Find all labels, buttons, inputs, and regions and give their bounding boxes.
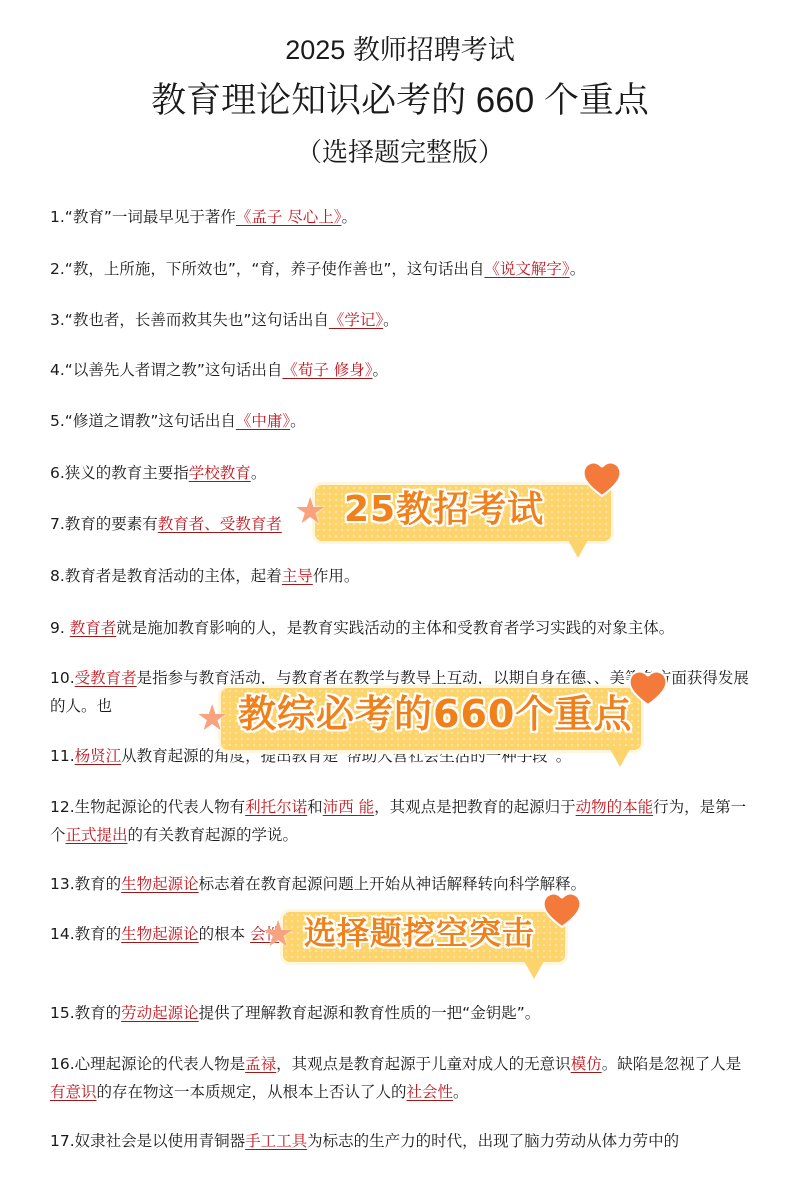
star-icon: ★ xyxy=(294,494,326,530)
answer-highlight: 沛西 能 xyxy=(323,798,374,816)
item-text: 2.“教，上所施，下所效也”，“育，养子使作善也”，这句话出自 xyxy=(50,260,484,278)
answer-highlight: 社会性 xyxy=(407,1083,454,1101)
item-text: 。缺陷是忽视了人是 xyxy=(602,1055,742,1073)
answer-highlight: 《学记》 xyxy=(329,311,383,329)
item-text: 3.“教也者，长善而救其失也”这句话出自 xyxy=(50,311,329,329)
sticker-label: 选择题挖空突击 xyxy=(304,913,535,953)
list-item: 13.教育的生物起源论标志着在教育起源问题上开始从神话解释转向科学解释。 xyxy=(50,870,750,898)
answer-highlight: 生物起源论 xyxy=(121,925,199,943)
item-text: 标志着在教育起源问题上开始从神话解释转向科学解释。 xyxy=(199,875,587,893)
star-icon: ★ xyxy=(262,917,294,953)
list-item: 9. 教育者就是施加教育影响的人，是教育实践活动的主体和受教育者学习实践的对象主… xyxy=(50,614,750,642)
item-text: 14.教育的 xyxy=(50,925,121,943)
item-text: 。 xyxy=(383,311,399,329)
item-text: 4.“以善先人者谓之教”这句话出自 xyxy=(50,361,282,379)
answer-highlight: 教育者、受教育者 xyxy=(158,515,282,533)
item-text: 的有关教育起源的学说。 xyxy=(128,826,299,844)
list-item: 17.奴隶社会是以使用青铜器手工工具为标志的生产力的时代，出现了脑力劳动从体力劳… xyxy=(50,1127,750,1155)
answer-highlight: 生物起源论 xyxy=(121,875,199,893)
item-text: 10. xyxy=(50,669,75,687)
item-text: 7.教育的要素有 xyxy=(50,515,158,533)
item-text: 。 xyxy=(290,412,306,430)
promo-sticker-fill-blank: ★ 选择题挖空突击 xyxy=(262,895,592,985)
answer-highlight: 正式提出 xyxy=(66,826,128,844)
item-text: 9. xyxy=(50,619,70,637)
list-item: 12.生物起源论的代表人物有利托尔诺和沛西 能，其观点是把教育的起源归于动物的本… xyxy=(50,793,750,849)
item-text: 。 xyxy=(251,464,267,482)
item-text: ，其观点是教育起源于儿童对成人的无意识 xyxy=(276,1055,571,1073)
sticker-tail xyxy=(568,540,588,558)
item-text: 。 xyxy=(453,1083,469,1101)
promo-sticker-exam: ★ 25教招考试 xyxy=(298,460,638,560)
exam-title: 2025 教师招聘考试 xyxy=(0,34,800,66)
answer-highlight: 动物的本能 xyxy=(576,798,654,816)
heart-icon xyxy=(628,669,668,707)
list-item: 16.心理起源论的代表人物是孟禄，其观点是教育起源于儿童对成人的无意识模仿。缺陷… xyxy=(50,1050,750,1106)
answer-highlight: 《荀子 修身》 xyxy=(282,361,372,379)
answer-highlight: 《说文解字》 xyxy=(484,260,569,278)
item-text: 8.教育者是教育活动的主体，起着 xyxy=(50,567,282,585)
heart-icon xyxy=(542,891,582,929)
answer-highlight: 《中庸》 xyxy=(236,412,290,430)
answer-highlight: 《孟子 尽心上》 xyxy=(236,208,342,226)
item-text: 的存在物这一本质规定，从根本上否认了人的 xyxy=(97,1083,407,1101)
star-icon: ★ xyxy=(196,701,228,737)
answer-highlight: 受教育者 xyxy=(75,669,137,687)
item-text: 16.心理起源论的代表人物是 xyxy=(50,1055,245,1073)
item-text: 6.狭义的教育主要指 xyxy=(50,464,189,482)
list-item: 1.“教育”一词最早见于著作《孟子 尽心上》。 xyxy=(50,203,750,231)
sticker-tail xyxy=(610,749,630,767)
sticker-tail xyxy=(524,961,544,979)
list-item: 2.“教，上所施，下所效也”，“育，养子使作善也”，这句话出自《说文解字》。 xyxy=(50,255,750,283)
answer-highlight: 利托尔诺 xyxy=(245,798,307,816)
item-text: 12.生物起源论的代表人物有 xyxy=(50,798,245,816)
answer-highlight: 学校教育 xyxy=(189,464,251,482)
item-text: 。 xyxy=(373,361,389,379)
sticker-label: 教综必考的660个重点 xyxy=(238,691,632,737)
item-text: 为标志的生产力的时代，出现了脑力劳动从体力劳中的 xyxy=(307,1132,679,1150)
item-text: ，其观点是把教育的起源归于 xyxy=(374,798,576,816)
answer-highlight: 有意识 xyxy=(50,1083,97,1101)
item-text: 。 xyxy=(570,260,586,278)
answer-highlight: 杨贤江 xyxy=(75,747,122,765)
item-text: 13.教育的 xyxy=(50,875,121,893)
list-item: 8.教育者是教育活动的主体，起着主导作用。 xyxy=(50,562,750,590)
item-text: 和 xyxy=(307,798,323,816)
document-subtitle: （选择题完整版） xyxy=(0,136,800,168)
document-title: 教育理论知识必考的 660 个重点 xyxy=(0,80,800,122)
item-text: 1.“教育”一词最早见于著作 xyxy=(50,208,236,226)
list-item: 3.“教也者，长善而救其失也”这句话出自《学记》。 xyxy=(50,306,750,334)
list-item: 15.教育的劳动起源论提供了理解教育起源和教育性质的一把“金钥匙”。 xyxy=(50,999,750,1027)
answer-highlight: 主导 xyxy=(282,567,313,585)
heart-icon xyxy=(582,460,622,498)
list-item: 5.“修道之谓教”这句话出自《中庸》。 xyxy=(50,407,750,435)
answer-highlight: 模仿 xyxy=(571,1055,602,1073)
answer-highlight: 教育者 xyxy=(70,619,117,637)
answer-highlight: 孟禄 xyxy=(245,1055,276,1073)
answer-highlight: 劳动起源论 xyxy=(121,1004,199,1022)
item-text: 11. xyxy=(50,747,75,765)
item-text: 作用。 xyxy=(313,567,360,585)
promo-sticker-660: ★ 教综必考的660个重点 xyxy=(200,665,670,775)
list-item: 4.“以善先人者谓之教”这句话出自《荀子 修身》。 xyxy=(50,356,750,384)
item-text: 5.“修道之谓教”这句话出自 xyxy=(50,412,236,430)
item-text: 。 xyxy=(342,208,358,226)
item-text: 的根本 xyxy=(199,925,246,943)
item-text: 17.奴隶社会是以使用青铜器 xyxy=(50,1132,245,1150)
item-text: 就是施加教育影响的人，是教育实践活动的主体和受教育者学习实践的对象主体。 xyxy=(116,619,674,637)
sticker-label: 25教招考试 xyxy=(344,489,544,531)
answer-highlight: 手工工具 xyxy=(245,1132,307,1150)
item-text: 提供了理解教育起源和教育性质的一把“金钥匙”。 xyxy=(199,1004,541,1022)
item-text: 15.教育的 xyxy=(50,1004,121,1022)
